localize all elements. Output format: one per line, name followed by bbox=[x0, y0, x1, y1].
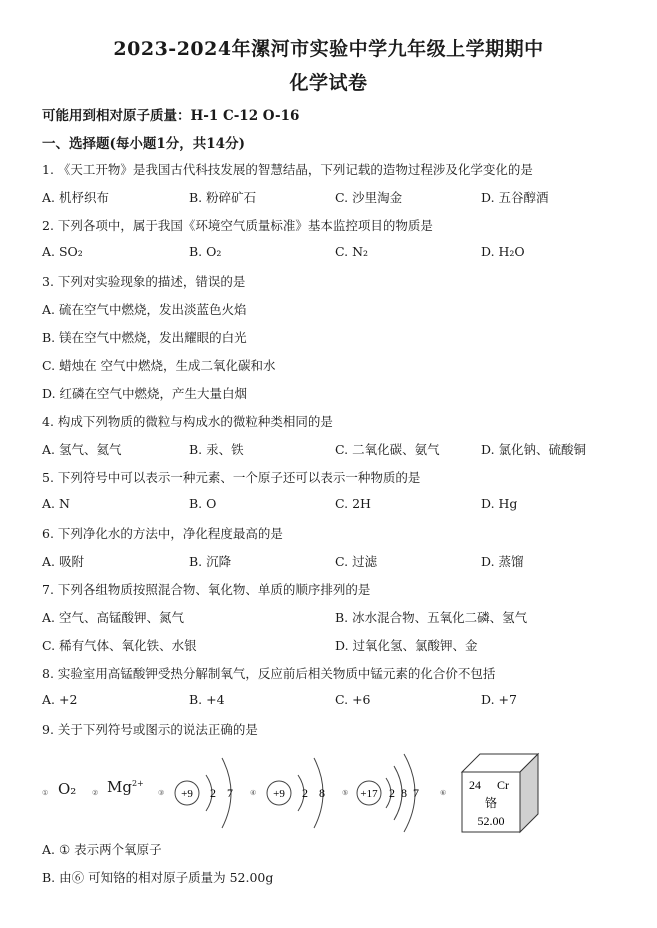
svg-text:8: 8 bbox=[319, 786, 325, 800]
element-card-chromium: 24 Cr 铬 52.00 bbox=[460, 752, 550, 836]
svg-text:+17: +17 bbox=[360, 788, 378, 800]
atom-diagram-5: +17 2 8 7 bbox=[354, 748, 444, 838]
option: D. +7 bbox=[481, 692, 517, 707]
option: A. 吸附 bbox=[42, 552, 84, 570]
option: A. +2 bbox=[42, 692, 77, 707]
marker-4: ④ bbox=[250, 789, 256, 797]
option: A. 氢气、氦气 bbox=[42, 440, 121, 458]
svg-text:52.00: 52.00 bbox=[478, 814, 505, 828]
question-9-figure: ① O₂ ② Mg2+ ③ +9 2 7 ④ +9 2 8 ⑤ +17 2 8 … bbox=[42, 748, 642, 838]
option: B. O₂ bbox=[189, 244, 221, 259]
question-stem: 2. 下列各项中，属于我国《环境空气质量标准》基本监控项目的物质是 bbox=[42, 216, 433, 234]
marker-2: ② bbox=[92, 789, 98, 797]
option: D. 蒸馏 bbox=[481, 552, 524, 570]
svg-text:24: 24 bbox=[469, 778, 481, 792]
option: C. 蜡烛在 空气中燃烧，生成二氧化碳和水 bbox=[42, 356, 276, 374]
option: C. 二氧化碳、氨气 bbox=[335, 440, 440, 458]
marker-5: ⑤ bbox=[342, 789, 348, 797]
question-stem: 6. 下列净化水的方法中，净化程度最高的是 bbox=[42, 524, 283, 542]
question-stem: 5. 下列符号中可以表示一种元素、一个原子还可以表示一种物质的是 bbox=[42, 468, 420, 486]
option: B. +4 bbox=[189, 692, 225, 707]
option: C. +6 bbox=[335, 692, 371, 707]
option: B. 冰水混合物、五氧化二磷、氢气 bbox=[335, 608, 527, 626]
svg-text:2: 2 bbox=[389, 786, 395, 800]
option: A. SO₂ bbox=[42, 244, 83, 259]
marker-1: ① bbox=[42, 789, 48, 797]
option: D. Hg bbox=[481, 496, 517, 511]
option: C. 稀有气体、氧化铁、水银 bbox=[42, 636, 197, 654]
question-stem: 7. 下列各组物质按照混合物、氧化物、单质的顺序排列的是 bbox=[42, 580, 370, 598]
svg-text:Cr: Cr bbox=[497, 778, 509, 792]
svg-text:7: 7 bbox=[413, 786, 419, 800]
atomic-masses-note: 可能用到相对原子质量：H-1 C-12 O-16 bbox=[42, 104, 299, 124]
marker-3: ③ bbox=[158, 789, 164, 797]
option: A. 硫在空气中燃烧，发出淡蓝色火焰 bbox=[42, 300, 246, 318]
option: D. 五谷醇酒 bbox=[481, 188, 549, 206]
option: C. 2H bbox=[335, 496, 371, 511]
o2-symbol: O₂ bbox=[58, 780, 76, 798]
option: B. 由⑥ 可知铬的相对原子质量为 52.00g bbox=[42, 868, 273, 886]
svg-text:2: 2 bbox=[210, 786, 216, 800]
option: D. 红磷在空气中燃烧，产生大量白烟 bbox=[42, 384, 247, 402]
option: A. 空气、高锰酸钾、氮气 bbox=[42, 608, 184, 626]
option: B. 沉降 bbox=[189, 552, 231, 570]
question-stem: 9. 关于下列符号或图示的说法正确的是 bbox=[42, 720, 258, 738]
option: D. H₂O bbox=[481, 244, 525, 259]
option: A. ① 表示两个氧原子 bbox=[42, 840, 162, 858]
question-stem: 1. 《天工开物》是我国古代科技发展的智慧结晶，下列记载的造物过程涉及化学变化的… bbox=[42, 160, 533, 178]
svg-text:2: 2 bbox=[302, 786, 308, 800]
mg-ion-symbol: Mg2+ bbox=[107, 778, 144, 796]
option: A. N bbox=[42, 496, 70, 511]
option: C. 过滤 bbox=[335, 552, 377, 570]
exam-subtitle: 化学试卷 bbox=[0, 68, 657, 95]
option: B. 镁在空气中燃烧，发出耀眼的白光 bbox=[42, 328, 247, 346]
option: A. 机杼织布 bbox=[42, 188, 109, 206]
atom-diagram-4: +9 2 8 bbox=[262, 748, 342, 838]
question-stem: 3. 下列对实验现象的描述，错误的是 bbox=[42, 272, 245, 290]
question-stem: 4. 构成下列物质的微粒与构成水的微粒种类相同的是 bbox=[42, 412, 333, 430]
svg-text:+9: +9 bbox=[273, 788, 285, 800]
section-heading: 一、选择题(每小题1分，共14分) bbox=[42, 132, 245, 152]
exam-title: 2023-2024年漯河市实验中学九年级上学期期中 bbox=[0, 34, 657, 61]
option: B. O bbox=[189, 496, 216, 511]
question-stem: 8. 实验室用高锰酸钾受热分解制氧气，反应前后相关物质中锰元素的化合价不包括 bbox=[42, 664, 495, 682]
option: C. N₂ bbox=[335, 244, 368, 259]
svg-text:铬: 铬 bbox=[485, 796, 497, 810]
atom-diagram-3: +9 2 7 bbox=[170, 748, 250, 838]
svg-text:+9: +9 bbox=[181, 788, 193, 800]
marker-6: ⑥ bbox=[440, 789, 446, 797]
option: C. 沙里淘金 bbox=[335, 188, 402, 206]
option: D. 过氧化氢、氯酸钾、金 bbox=[335, 636, 478, 654]
option: B. 汞、铁 bbox=[189, 440, 244, 458]
svg-text:7: 7 bbox=[227, 786, 233, 800]
option: D. 氯化钠、硫酸铜 bbox=[481, 440, 586, 458]
svg-text:8: 8 bbox=[401, 786, 407, 800]
option: B. 粉碎矿石 bbox=[189, 188, 256, 206]
